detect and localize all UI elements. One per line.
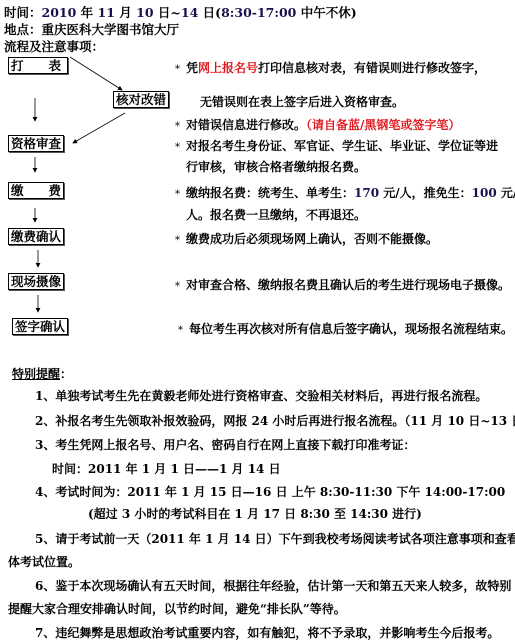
step-fee-confirm: 缴费确认 bbox=[8, 228, 64, 245]
note-sign: *每位考生再次核对所有信息后签字确认，现场报名流程结束。 bbox=[178, 320, 513, 337]
step-pay-fee: 缴 费 bbox=[8, 182, 64, 199]
bullet-star: * bbox=[178, 325, 183, 336]
bullet-star: * bbox=[175, 64, 180, 75]
bullet-star: * bbox=[175, 281, 180, 292]
note-fee-mid: 元/人，推免生： bbox=[379, 186, 472, 200]
note-check-ok: 无错误则在表上签字后进入资格审查。 bbox=[200, 93, 404, 110]
step-sign-confirm: 签字确认 bbox=[12, 318, 68, 335]
bullet-star: * bbox=[175, 235, 180, 246]
fee-amount-unified: 170 bbox=[354, 186, 379, 200]
time-note: 中午不休) bbox=[296, 5, 356, 20]
note-fix-highlight: （请自备蓝/黑钢笔或签字笔） bbox=[306, 118, 460, 132]
note-fee-2: 人。报名费一旦缴纳，不再退还。 bbox=[186, 206, 366, 223]
note-qual-line1: 对报名考生身份证、军官证、学生证、毕业证、学位证等进 bbox=[186, 139, 498, 153]
reminder-item-6: 6、鉴于本次现场确认有五天时间，根据往年经验，估计第一天和第五天来人较多，故特别 bbox=[35, 577, 511, 594]
note-photo: *对审查合格、缴纳报名费且确认后的考生进行现场电子摄像。 bbox=[175, 276, 510, 293]
reminder-item-5-cont: 体考试位置。 bbox=[8, 553, 80, 570]
reminder-item-4: 4、考试时间为：2011 年 1 月 15 日—16 日 上午 8:30-11:… bbox=[35, 483, 505, 500]
reminder-item-7: 7、违纪舞弊是思想政治考试重要内容，如有触犯，将不予录取，并影响考生今后报考。 bbox=[35, 624, 499, 641]
bullet-star: * bbox=[175, 121, 180, 132]
note-fee-post: 元/ bbox=[497, 186, 515, 200]
reminder-item-3-time: 时间：2011 年 1 月 1 日——1 月 14 日 bbox=[52, 460, 281, 477]
note-fee-pre: 缴纳报名费：统考生、单考生： bbox=[186, 186, 354, 200]
note-print-post: 打印信息核对表，有错误则进行修改签字， bbox=[258, 61, 486, 75]
note-photo-text: 对审查合格、缴纳报名费且确认后的考生进行现场电子摄像。 bbox=[186, 278, 510, 292]
reminders-title-text: 特别提醒 bbox=[12, 367, 60, 381]
reminder-item-2: 2、补报名考生先领取补报效验码，网报 24 小时后再进行报名流程。（11 月 1… bbox=[35, 412, 515, 429]
note-print-highlight: 网上报名号 bbox=[198, 61, 258, 75]
reminder-item-1: 1、单独考试考生先在黄毅老师处进行资格审查、交验相关材料后，再进行报名流程。 bbox=[35, 387, 487, 404]
day-unit: 日( bbox=[198, 5, 221, 20]
reminder-item-5: 5、请于考试前一天（2011 年 1 月 14 日）下午到我校考场阅读考试各项注… bbox=[35, 530, 515, 547]
reminder-item-3: 3、考生凭网上报名号、用户名、密码自行在网上直接下载打印准考证： bbox=[35, 436, 415, 453]
step-print-form: 打 表 bbox=[8, 57, 68, 74]
step-qualification-review: 资格审查 bbox=[8, 135, 64, 152]
note-qualification-2: 行审核，审核合格者缴纳报名费。 bbox=[186, 158, 366, 175]
note-confirm-text: 缴费成功后必须现场网上确认，否则不能摄像。 bbox=[186, 232, 438, 246]
note-qualification-1: *对报名考生身份证、军官证、学生证、毕业证、学位证等进 bbox=[175, 137, 498, 154]
step-photo: 现场摄像 bbox=[8, 273, 64, 290]
bullet-star: * bbox=[175, 189, 180, 200]
note-print-pre: 凭 bbox=[186, 61, 198, 75]
note-sign-text: 每位考生再次核对所有信息后签字确认，现场报名流程结束。 bbox=[189, 322, 513, 336]
note-fee-1: *缴纳报名费：统考生、单考生：170 元/人，推免生：100 元/ bbox=[175, 184, 515, 201]
note-fee-confirm: *缴费成功后必须现场网上确认，否则不能摄像。 bbox=[175, 230, 438, 247]
reminders-title-colon: ： bbox=[60, 367, 72, 381]
bullet-star: * bbox=[175, 142, 180, 153]
reminder-item-6-cont: 提醒大家合理安排确认时间，以节约时间，避免“排长队”等待。 bbox=[8, 600, 346, 617]
fee-amount-recommended: 100 bbox=[472, 186, 497, 200]
step-check-correct: 核对改错 bbox=[113, 91, 169, 108]
reminder-item-4-note: (超过 3 小时的考试科目在 1 月 17 日 8:30 至 14:30 进行) bbox=[88, 505, 422, 522]
reminders-title: 特别提醒： bbox=[12, 365, 72, 382]
note-fix: *对错误信息进行修改。（请自备蓝/黑钢笔或签字笔） bbox=[175, 116, 460, 133]
note-fix-pre: 对错误信息进行修改。 bbox=[186, 118, 306, 132]
time-hours: 8:30-17:00 bbox=[221, 5, 296, 20]
note-print: *凭网上报名号打印信息核对表，有错误则进行修改签字， bbox=[175, 59, 486, 76]
